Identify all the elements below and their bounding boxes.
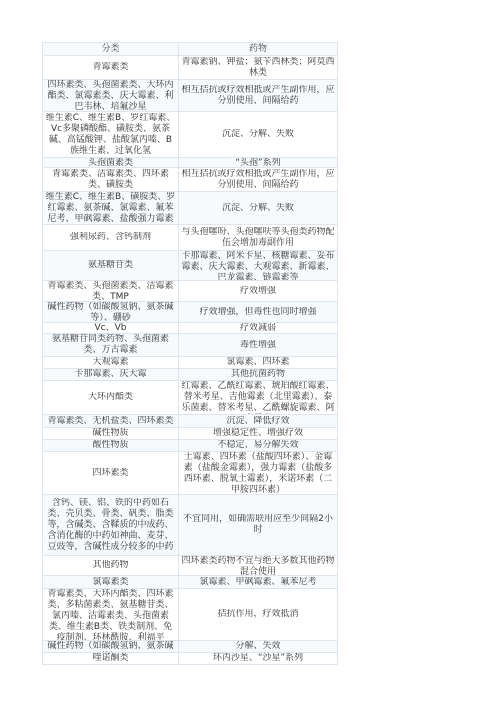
- category-text: 维生素C、维生素B、罗红霉素、Vc多聚磷酸酯、磺胺类、氨茶碱、高锰酸钾、盐酸氯丙…: [45, 113, 176, 157]
- cell-drugs: 相互拮抗或疗效相抵或产生副作用，应分别使用、间隔给药: [179, 80, 338, 112]
- category-text: 碱性药物（如碳酸氢钠、氨茶碱等）: [45, 641, 176, 652]
- cell-category: 其他药物: [43, 556, 179, 576]
- category-text: 青霉素类、头孢菌素类、洁霉素类、TMP: [45, 281, 176, 301]
- table-row: 碱性药物（如碳酸氢钠、氨茶碱等）分解、失效: [43, 641, 338, 653]
- category-text: 青霉素类、洁霉素类、四环素类、磺胺类: [45, 169, 176, 191]
- cell-drugs: “头孢”系列: [179, 158, 338, 168]
- table-row: 其他药物四环素类药物不宜与绝大多数其他药物混合使用: [43, 556, 338, 576]
- cell-category: 四环素类: [43, 452, 179, 495]
- cell-drugs: 青霉素钠、钾盐；氨苄西林类；阿莫西林类: [179, 56, 338, 80]
- drugs-text: 疗效增强，但毒性也同时增强: [181, 307, 335, 318]
- category-text: 青霉素类: [45, 62, 176, 73]
- cell-category: 卡那霉素、庆大霉: [43, 369, 179, 381]
- table-row: 强利尿药、含钙制剂与头孢噻吩、头孢噻呋等头孢类药物配伍会增加毒副作用: [43, 225, 338, 251]
- drugs-text: 土霉素、四环素（盐酸四环素）、金霉素（盐酸金霉素），强力霉素（盐酸多西环素、脱氧…: [181, 452, 335, 494]
- header-drugs: 药物: [179, 43, 338, 56]
- table-row: Vc、Vb疗效减弱: [43, 323, 338, 334]
- cell-category: 氨基糖苷类: [43, 251, 179, 281]
- category-text: 卡那霉素、庆大霉: [45, 369, 176, 380]
- drugs-text: 相互拮抗或疗效相抵或产生副作用，应分别使用、间隔给药: [181, 85, 335, 107]
- drugs-text: 拮抗作用，疗效抵消: [181, 609, 335, 620]
- drugs-text: 环丙沙星、“沙星”系列: [181, 653, 335, 664]
- category-text: Vc、Vb: [45, 323, 176, 333]
- category-text: 四环素类、头孢菌素类、大环内酯类、氯霉素类、庆大霉素、利巴韦林、培氟沙星: [45, 80, 176, 111]
- category-text: 碱性物质: [45, 428, 176, 439]
- cell-category: 大环内酯类: [43, 381, 179, 415]
- drugs-text: 疗效增强: [181, 286, 335, 297]
- cell-category: 四环素类、头孢菌素类、大环内酯类、氯霉素类、庆大霉素、利巴韦林、培氟沙星: [43, 80, 179, 112]
- category-text: 其他药物: [45, 560, 176, 571]
- cell-category: 维生素C、维生素B、磺胺类、罗红霉素、氨茶碱、氯霉素、氟苯尼考、甲砜霉素、盐酸强…: [43, 192, 179, 225]
- cell-drugs: 氯霉素、四环素: [179, 357, 338, 369]
- category-text: 含钙、镁、铝、铁的中药如石类、壳贝类、骨类、矾类、脂类等，含碱类、含鞣质的中成药…: [45, 498, 176, 553]
- table-row: 碱性物质增强稳定性、增强疗效: [43, 428, 338, 440]
- cell-category: 氯霉素类: [43, 576, 179, 589]
- drugs-text: 红霉素、乙酰红霉素、琥珀酸红霉素、替米考星、吉他霉素（北里霉素）、泰乐菌素、替米…: [181, 381, 335, 414]
- drugs-text: 沉淀、降低疗效: [181, 416, 335, 427]
- table-row: 碱性药物（如碳酸氢钠、氨茶碱等）、硼砂疗效增强，但毒性也同时增强: [43, 302, 338, 323]
- table-row: 大环内酯类红霉素、乙酰红霉素、琥珀酸红霉素、替米考星、吉他霉素（北里霉素）、泰乐…: [43, 381, 338, 415]
- drugs-text: 毒性增强: [181, 340, 335, 351]
- table-row: 维生素C、维生素B、罗红霉素、Vc多聚磷酸酯、磺胺类、氨茶碱、高锰酸钾、盐酸氯丙…: [43, 112, 338, 158]
- table-row: 含钙、镁、铝、铁的中药如石类、壳贝类、骨类、矾类、脂类等，含碱类、含鞣质的中成药…: [43, 495, 338, 556]
- cell-category: 碱性药物（如碳酸氢钠、氨茶碱等）: [43, 641, 179, 653]
- cell-category: 青霉素类: [43, 56, 179, 80]
- drugs-text: “头孢”系列: [181, 158, 335, 167]
- cell-category: 青霉素类、洁霉素类、四环素类、磺胺类: [43, 168, 179, 192]
- cell-category: 碱性物质: [43, 428, 179, 440]
- drugs-text: 不宜同用，如确需联用应至少间隔2小时: [181, 514, 335, 536]
- category-text: 强利尿药、含钙制剂: [45, 232, 176, 243]
- category-text: 四环素类: [45, 468, 176, 479]
- cell-drugs: 毒性增强: [179, 334, 338, 357]
- cell-category: 含钙、镁、铝、铁的中药如石类、壳贝类、骨类、矾类、脂类等，含碱类、含鞣质的中成药…: [43, 495, 179, 556]
- cell-drugs: 疗效增强，但毒性也同时增强: [179, 302, 338, 323]
- drugs-text: 沉淀、分解、失败: [181, 203, 335, 214]
- drugs-text: 疗效减弱: [181, 323, 335, 333]
- table-row: 青霉素类、大环内酯类、四环素类、多粘菌素类、氨基糖苷类、氯丙嗪、洁霉素类、头孢菌…: [43, 589, 338, 641]
- drug-compatibility-table: 分类 药物 青霉素类青霉素钠、钾盐；氨苄西林类；阿莫西林类四环素类、头孢菌素类、…: [42, 42, 338, 665]
- table-row: 卡那霉素、庆大霉其他抗菌药物: [43, 369, 338, 381]
- category-text: 氯霉素类: [45, 577, 176, 588]
- table-row: 大观霉素氯霉素、四环素: [43, 357, 338, 369]
- table-header-row: 分类 药物: [43, 43, 338, 56]
- cell-category: 青霉素类、头孢菌素类、洁霉素类、TMP: [43, 281, 179, 302]
- cell-category: 氨基糖苷同类药物、头孢菌素类、万古霉素: [43, 334, 179, 357]
- table-row: 氨基糖苷同类药物、头孢菌素类、万古霉素毒性增强: [43, 334, 338, 357]
- cell-drugs: 不宜同用，如确需联用应至少间隔2小时: [179, 495, 338, 556]
- cell-category: 喹诺酮类: [43, 653, 179, 665]
- cell-drugs: 分解、失效: [179, 641, 338, 653]
- table-row: 四环素类、头孢菌素类、大环内酯类、氯霉素类、庆大霉素、利巴韦林、培氟沙星相互拮抗…: [43, 80, 338, 112]
- category-text: 碱性药物（如碳酸氢钠、氨茶碱等）、硼砂: [45, 302, 176, 322]
- cell-drugs: 四环素类药物不宜与绝大多数其他药物混合使用: [179, 556, 338, 576]
- drugs-text: 沉淀、分解、失败: [181, 129, 335, 140]
- cell-category: 酸性物质: [43, 440, 179, 452]
- category-text: 头孢菌素类: [45, 158, 176, 167]
- cell-category: 大观霉素: [43, 357, 179, 369]
- drugs-text: 卡那霉素、阿米卡星、核糖霉素、妥布霉素、庆大霉素、大观霉素、新霉素、巴龙霉素、链…: [181, 251, 335, 280]
- cell-drugs: 其他抗菌药物: [179, 369, 338, 381]
- cell-drugs: 沉淀、分解、失败: [179, 112, 338, 158]
- drugs-text: 氯霉素、四环素: [181, 357, 335, 368]
- cell-category: 青霉素类、大环内酯类、四环素类、多粘菌素类、氨基糖苷类、氯丙嗪、洁霉素类、头孢菌…: [43, 589, 179, 641]
- table-row: 维生素C、维生素B、磺胺类、罗红霉素、氨茶碱、氯霉素、氟苯尼考、甲砜霉素、盐酸强…: [43, 192, 338, 225]
- category-text: 氨基糖苷类: [45, 260, 176, 271]
- header-category: 分类: [43, 43, 179, 56]
- category-text: 大观霉素: [45, 357, 176, 368]
- drugs-text: 四环素类药物不宜与绝大多数其他药物混合使用: [181, 556, 335, 575]
- cell-drugs: 相互拮抗或疗效相抵或产生副作用，应分别使用、间隔给药: [179, 168, 338, 192]
- cell-category: 头孢菌素类: [43, 158, 179, 168]
- cell-drugs: 氯霉素、甲砜霉素、氟苯尼考: [179, 576, 338, 589]
- table-row: 头孢菌素类“头孢”系列: [43, 158, 338, 168]
- cell-drugs: 沉淀、分解、失败: [179, 192, 338, 225]
- cell-drugs: 拮抗作用，疗效抵消: [179, 589, 338, 641]
- table-row: 青霉素类青霉素钠、钾盐；氨苄西林类；阿莫西林类: [43, 56, 338, 80]
- cell-drugs: 环丙沙星、“沙星”系列: [179, 653, 338, 665]
- drugs-text: 相互拮抗或疗效相抵或产生副作用，应分别使用、间隔给药: [181, 169, 335, 191]
- category-text: 氨基糖苷同类药物、头孢菌素类、万古霉素: [45, 334, 176, 356]
- category-text: 青霉素类、大环内酯类、四环素类、多粘菌素类、氨基糖苷类、氯丙嗪、洁霉素类、头孢菌…: [45, 589, 176, 640]
- cell-category: 强利尿药、含钙制剂: [43, 225, 179, 251]
- cell-drugs: 红霉素、乙酰红霉素、琥珀酸红霉素、替米考星、吉他霉素（北里霉素）、泰乐菌素、替米…: [179, 381, 338, 415]
- category-text: 大环内酯类: [45, 392, 176, 403]
- drugs-text: 与头孢噻吩、头孢噻呋等头孢类药物配伍会增加毒副作用: [181, 227, 335, 249]
- cell-category: 青霉素类、无机盐类、四环素类: [43, 415, 179, 428]
- table-row: 喹诺酮类环丙沙星、“沙星”系列: [43, 653, 338, 665]
- table-row: 青霉素类、无机盐类、四环素类沉淀、降低疗效: [43, 415, 338, 428]
- cell-drugs: 疗效增强: [179, 281, 338, 302]
- cell-category: Vc、Vb: [43, 323, 179, 334]
- drugs-text: 其他抗菌药物: [181, 369, 335, 380]
- drugs-text: 青霉素钠、钾盐；氨苄西林类；阿莫西林类: [181, 57, 335, 79]
- table-row: 四环素类土霉素、四环素（盐酸四环素）、金霉素（盐酸金霉素），强力霉素（盐酸多西环…: [43, 452, 338, 495]
- cell-category: 维生素C、维生素B、罗红霉素、Vc多聚磷酸酯、磺胺类、氨茶碱、高锰酸钾、盐酸氯丙…: [43, 112, 179, 158]
- drugs-text: 氯霉素、甲砜霉素、氟苯尼考: [181, 577, 335, 588]
- cell-drugs: 增强稳定性、增强疗效: [179, 428, 338, 440]
- table-row: 青霉素类、头孢菌素类、洁霉素类、TMP疗效增强: [43, 281, 338, 302]
- table-row: 青霉素类、洁霉素类、四环素类、磺胺类相互拮抗或疗效相抵或产生副作用，应分别使用、…: [43, 168, 338, 192]
- category-text: 酸性物质: [45, 440, 176, 451]
- table-row: 氨基糖苷类卡那霉素、阿米卡星、核糖霉素、妥布霉素、庆大霉素、大观霉素、新霉素、巴…: [43, 251, 338, 281]
- drugs-text: 不稳定、易分解失效: [181, 440, 335, 451]
- cell-drugs: 与头孢噻吩、头孢噻呋等头孢类药物配伍会增加毒副作用: [179, 225, 338, 251]
- cell-category: 碱性药物（如碳酸氢钠、氨茶碱等）、硼砂: [43, 302, 179, 323]
- category-text: 维生素C、维生素B、磺胺类、罗红霉素、氨茶碱、氯霉素、氟苯尼考、甲砜霉素、盐酸强…: [45, 192, 176, 224]
- drugs-text: 增强稳定性、增强疗效: [181, 428, 335, 439]
- cell-drugs: 疗效减弱: [179, 323, 338, 334]
- table-row: 氯霉素类氯霉素、甲砜霉素、氟苯尼考: [43, 576, 338, 589]
- drugs-text: 分解、失效: [181, 641, 335, 652]
- cell-drugs: 土霉素、四环素（盐酸四环素）、金霉素（盐酸金霉素），强力霉素（盐酸多西环素、脱氧…: [179, 452, 338, 495]
- category-text: 喹诺酮类: [45, 653, 176, 664]
- cell-drugs: 卡那霉素、阿米卡星、核糖霉素、妥布霉素、庆大霉素、大观霉素、新霉素、巴龙霉素、链…: [179, 251, 338, 281]
- cell-drugs: 不稳定、易分解失效: [179, 440, 338, 452]
- cell-drugs: 沉淀、降低疗效: [179, 415, 338, 428]
- category-text: 青霉素类、无机盐类、四环素类: [45, 416, 176, 427]
- table-row: 酸性物质不稳定、易分解失效: [43, 440, 338, 452]
